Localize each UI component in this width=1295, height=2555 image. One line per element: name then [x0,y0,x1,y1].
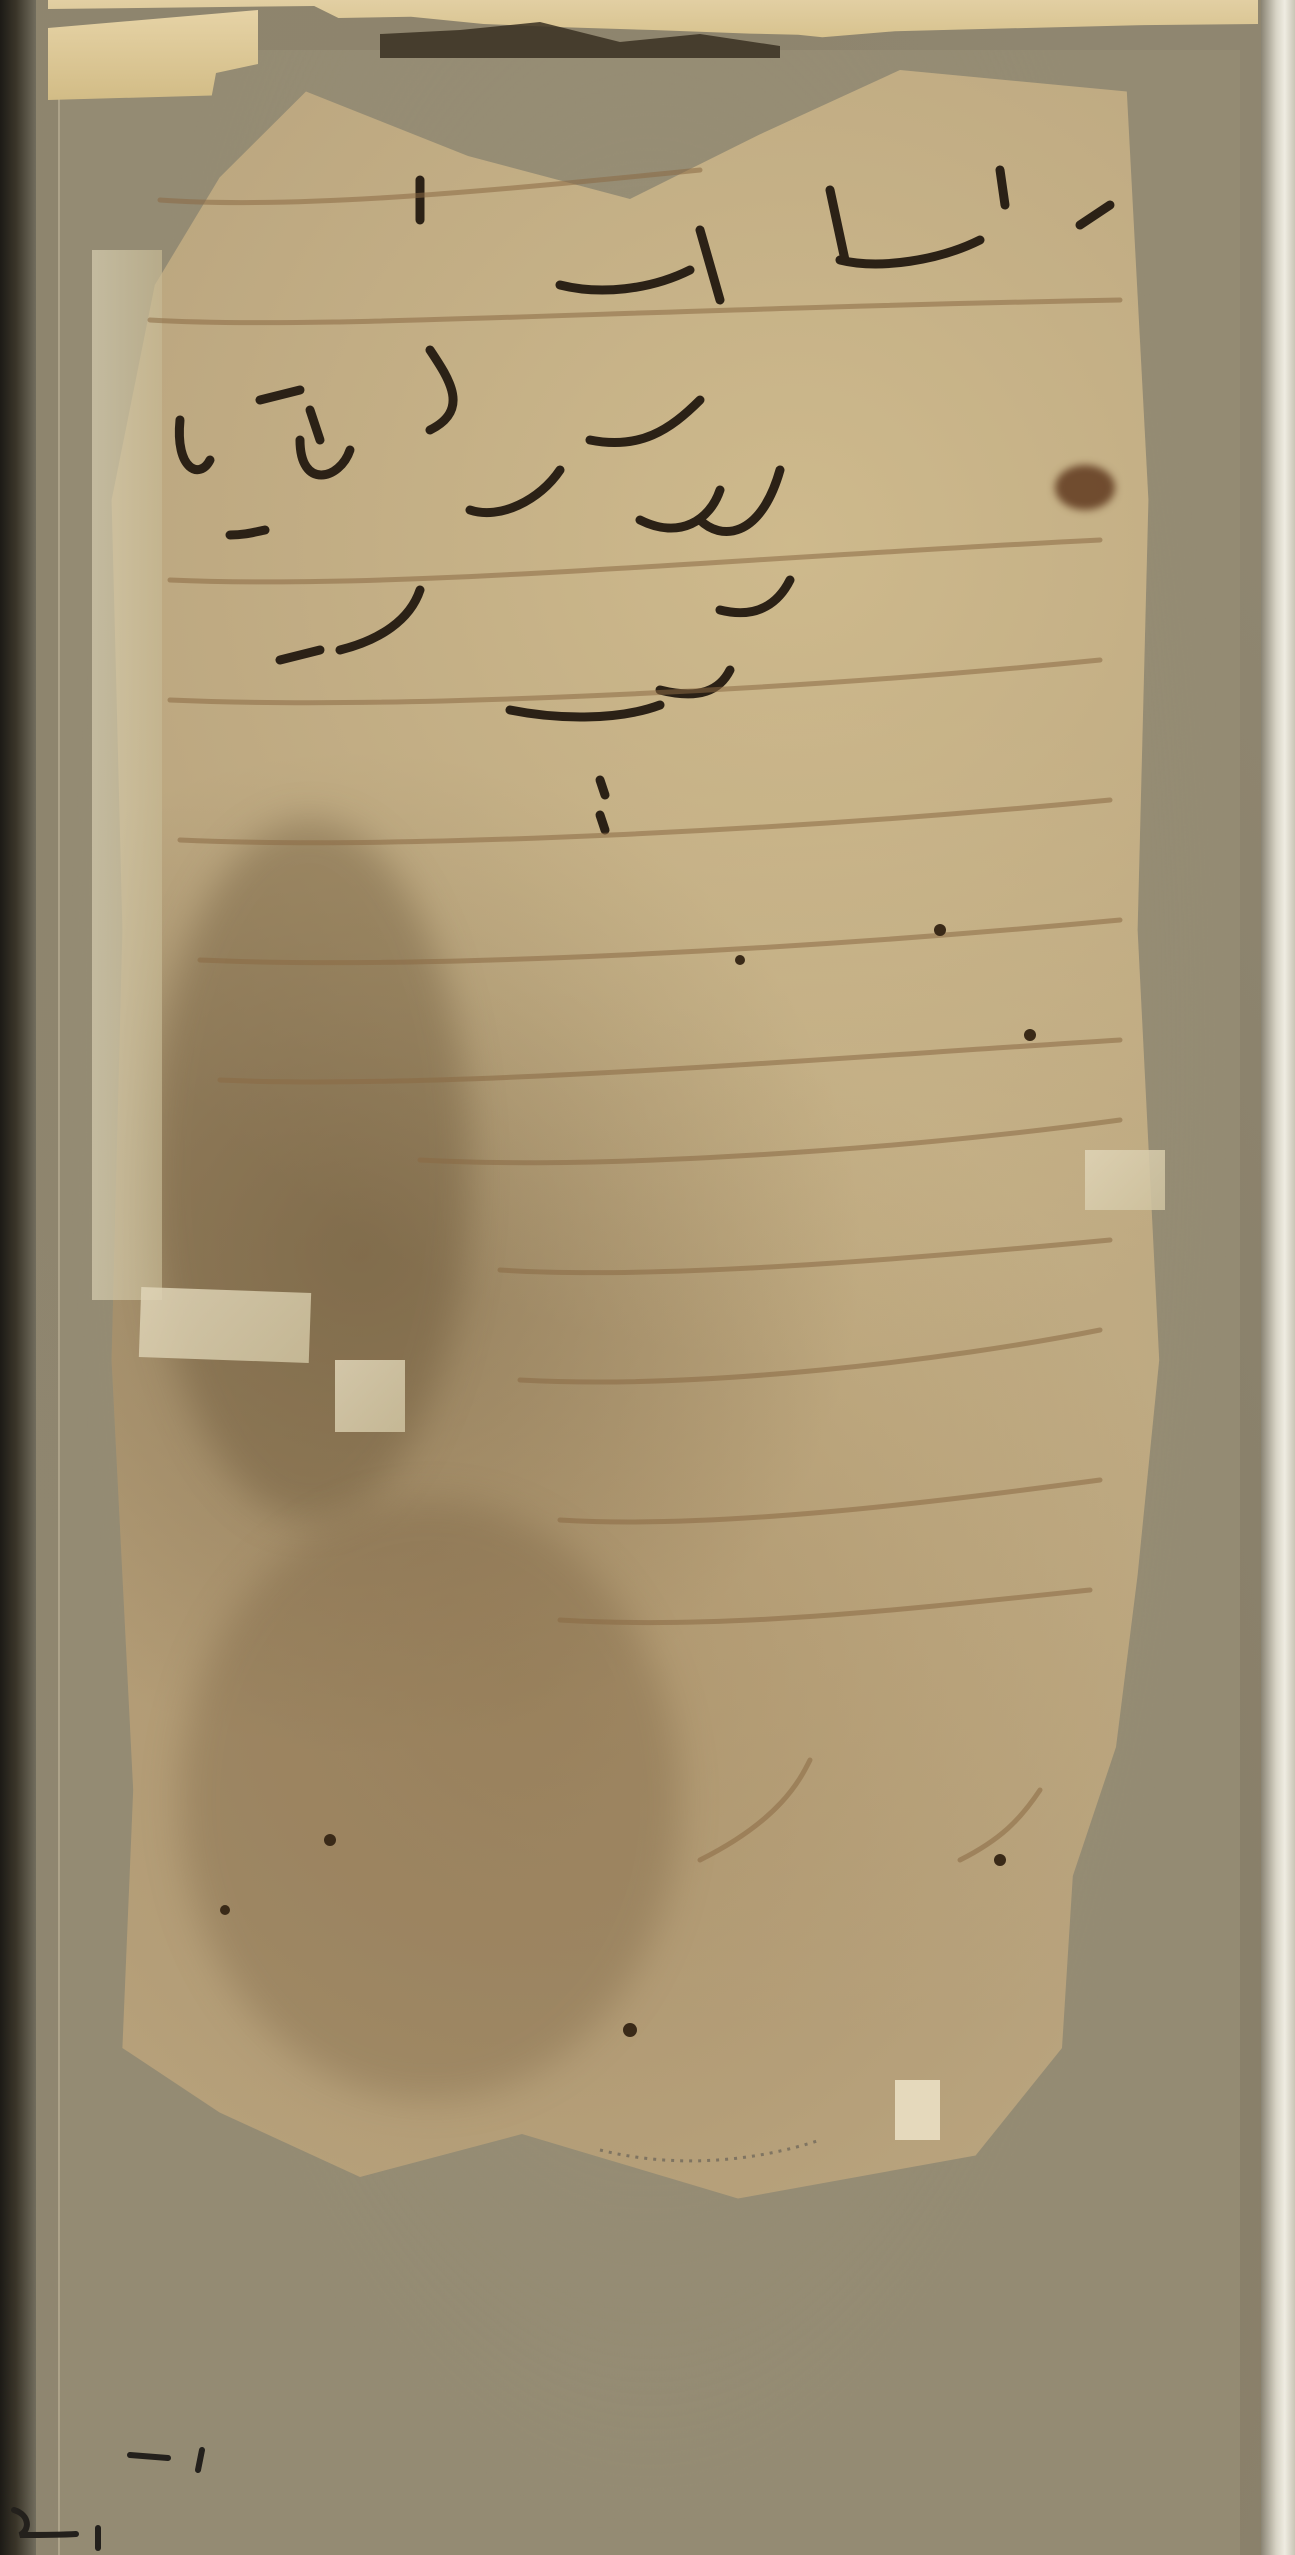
water-stain [180,1500,680,2100]
water-stain [150,820,470,1520]
left-dark-edge [0,0,40,2555]
paper-repair-patch [335,1360,405,1432]
bottom-left-marks [0,2440,220,2555]
manuscript-photo [0,0,1295,2555]
right-page-edge [1261,0,1295,2555]
ink-blot [1055,465,1115,510]
paper-repair-patch [1085,1150,1165,1210]
paper-repair-patch [139,1287,311,1363]
paper-repair-patch [895,2080,940,2140]
paper-repair-strip [92,250,162,1300]
